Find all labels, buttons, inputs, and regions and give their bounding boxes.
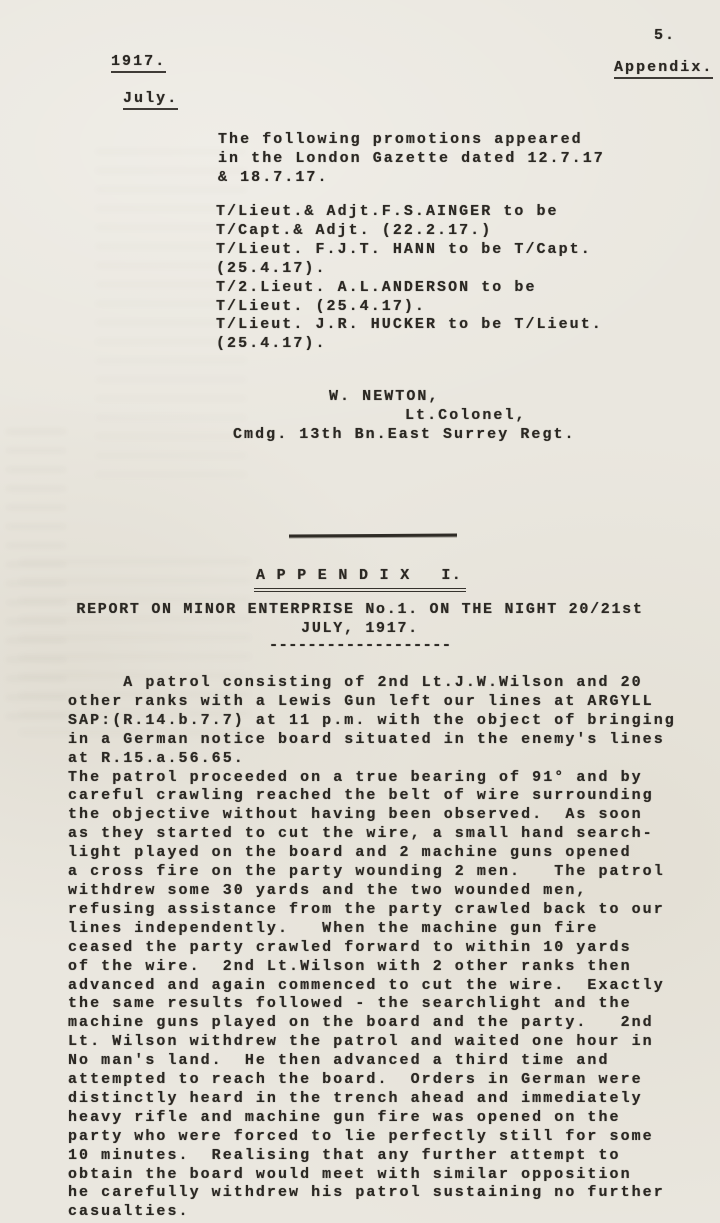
month-heading: July. [123,90,178,109]
document-page: 5. 1917. Appendix. July. The following p… [0,0,720,1223]
appendix-title: A P P E N D I X I. [254,567,466,592]
promotions-intro: The following promotions appeared in the… [218,131,605,188]
appendix-corner-label: Appendix. [614,59,713,78]
appendix-title-row: A P P E N D I X I. [0,567,720,592]
page-number: 5. [654,27,676,46]
year-heading-text: 1917. [111,53,166,73]
signature-name: W. NEWTON, [329,388,440,407]
promotions-list: T/Lieut.& Adjt.F.S.AINGER to be T/Capt.&… [216,203,603,354]
signature-command: Cmdg. 13th Bn.East Surrey Regt. [233,426,576,445]
year-heading: 1917. [111,53,166,72]
report-title: REPORT ON MINOR ENTERPRISE No.1. ON THE … [40,601,680,639]
month-heading-text: July. [123,90,178,110]
appendix-corner-label-text: Appendix. [614,59,713,79]
dashed-divider: ------------------- [0,636,720,655]
divider-rule [289,534,457,538]
signature-rank: Lt.Colonel, [405,407,527,426]
report-body: A patrol consisting of 2nd Lt.J.W.Wilson… [68,674,676,1222]
